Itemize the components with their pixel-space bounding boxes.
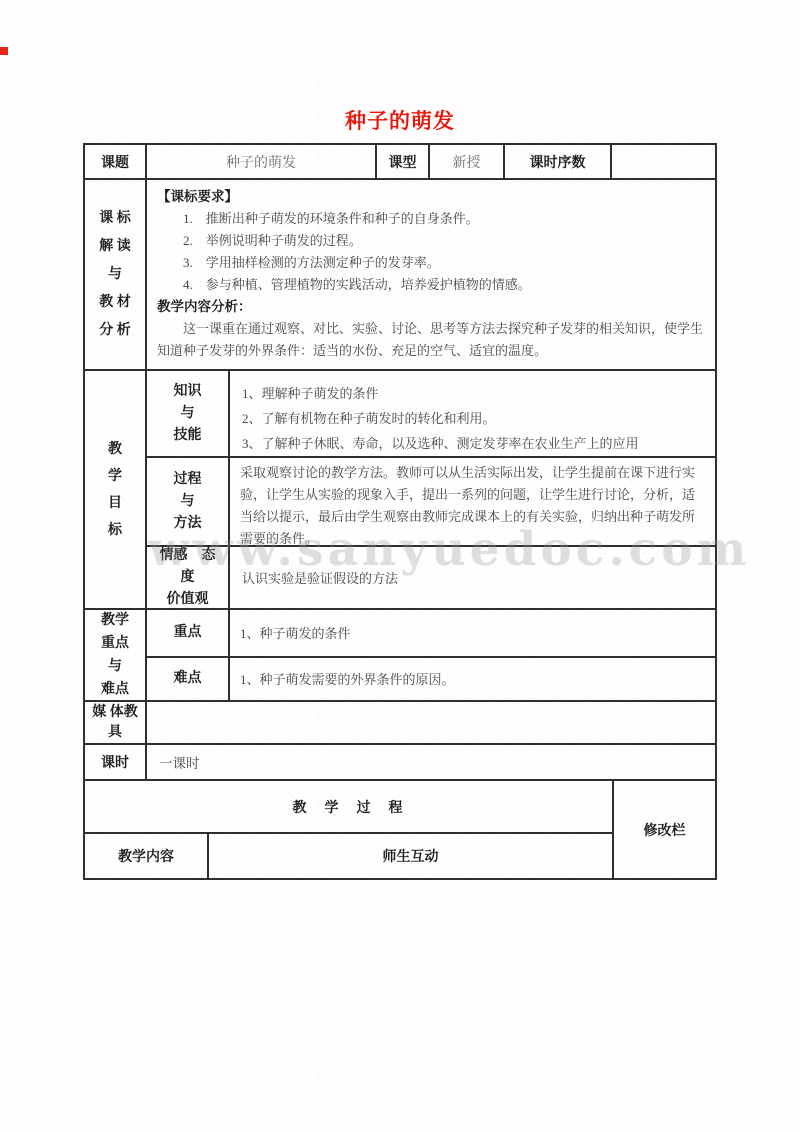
standards-side-label: 课 标 解 读 与 教 材 分 析	[85, 180, 145, 369]
teaching-content-header: 教学内容	[85, 834, 207, 878]
emotion-values-content: 认识实验是验证假设的方法	[228, 547, 715, 608]
focus-section: 教学 重点 与 难点 重点 1、种子萌发的条件 难点 1、种子萌发需要的外界条件…	[85, 610, 715, 702]
content-analysis-heading: 教学内容分析：	[157, 296, 703, 318]
focus-side-label: 教学 重点 与 难点	[85, 610, 145, 700]
teacher-student-interaction-header: 师生互动	[207, 834, 612, 878]
knowledge-skills-row: 知识 与 技能 1、理解种子萌发的条件 2、了解有机物在种子萌发时的转化和利用。…	[145, 371, 715, 458]
goals-side-label: 教 学 目 标	[85, 371, 145, 608]
standards-item: 4. 参与种植、管理植物的实践活动，培养爱护植物的情感。	[183, 274, 703, 296]
media-tools-value	[145, 702, 715, 743]
process-method-content: 采取观察讨论的教学方法。教师可以从生活实际出发，让学生提前在课下进行实验，让学生…	[228, 458, 715, 545]
goals-rows: 知识 与 技能 1、理解种子萌发的条件 2、了解有机物在种子萌发时的转化和利用。…	[145, 371, 715, 608]
class-hours-label: 课时	[85, 745, 145, 779]
key-point-label: 重点	[145, 610, 228, 656]
lesson-sequence-value	[610, 145, 715, 178]
standards-item: 3. 学用抽样检测的方法测定种子的发芽率。	[183, 252, 703, 274]
difficult-point-row: 难点 1、种子萌发需要的外界条件的原因。	[145, 658, 715, 700]
teaching-process-title: 教 学 过 程	[85, 781, 612, 834]
emotion-values-row: 情感 态 度 价值观 认识实验是验证假设的方法	[145, 547, 715, 608]
course-type-value: 新授	[428, 145, 503, 178]
course-topic-value: 种子的萌发	[145, 145, 375, 178]
lesson-sequence-label: 课时序数	[503, 145, 610, 178]
content-analysis-text: 这一课重在通过观察、对比、实验、讨论、思考等方法去探究种子发芽的相关知识，使学生…	[157, 318, 703, 362]
standards-section: 课 标 解 读 与 教 材 分 析 【课标要求】 1. 推断出种子萌发的环境条件…	[85, 180, 715, 371]
key-point-row: 重点 1、种子萌发的条件	[145, 610, 715, 658]
knowledge-skills-label: 知识 与 技能	[145, 371, 228, 456]
class-hours-row: 课时 一课时	[85, 745, 715, 781]
difficult-point-content: 1、种子萌发需要的外界条件的原因。	[228, 658, 715, 700]
red-corner-mark	[0, 47, 8, 55]
course-type-label: 课型	[375, 145, 428, 178]
key-point-content: 1、种子萌发的条件	[228, 610, 715, 656]
class-hours-value: 一课时	[145, 745, 715, 779]
process-method-row: 过程 与 方法 采取观察讨论的教学方法。教师可以从生活实际出发，让学生提前在课下…	[145, 458, 715, 547]
media-tools-label: 媒 体教 具	[85, 702, 145, 743]
media-tools-row: 媒 体教 具	[85, 702, 715, 745]
teaching-process-left: 教 学 过 程 教学内容 师生互动	[85, 781, 612, 878]
emotion-values-label: 情感 态 度 价值观	[145, 547, 228, 608]
difficult-point-label: 难点	[145, 658, 228, 700]
revision-column-header: 修改栏	[612, 781, 715, 878]
course-topic-label: 课题	[85, 145, 145, 178]
standards-item: 1. 推断出种子萌发的环境条件和种子的自身条件。	[183, 208, 703, 230]
standards-requirements-heading: 【课标要求】	[157, 186, 703, 208]
teaching-process-section: 教 学 过 程 教学内容 师生互动 修改栏	[85, 781, 715, 878]
goals-section: 教 学 目 标 知识 与 技能 1、理解种子萌发的条件 2、了解有机物在种子萌发…	[85, 371, 715, 610]
focus-rows: 重点 1、种子萌发的条件 难点 1、种子萌发需要的外界条件的原因。	[145, 610, 715, 700]
lesson-plan-table: 课题 种子的萌发 课型 新授 课时序数 课 标 解 读 与 教 材 分 析 【课…	[83, 143, 717, 880]
process-method-label: 过程 与 方法	[145, 458, 228, 545]
knowledge-skills-content: 1、理解种子萌发的条件 2、了解有机物在种子萌发时的转化和利用。 3、了解种子休…	[228, 371, 715, 456]
standards-item: 2. 举例说明种子萌发的过程。	[183, 230, 703, 252]
doc-title: 种子的萌发	[0, 105, 800, 135]
header-row: 课题 种子的萌发 课型 新授 课时序数	[85, 145, 715, 180]
standards-content: 【课标要求】 1. 推断出种子萌发的环境条件和种子的自身条件。 2. 举例说明种…	[145, 180, 715, 369]
teaching-process-columns: 教学内容 师生互动	[85, 834, 612, 878]
